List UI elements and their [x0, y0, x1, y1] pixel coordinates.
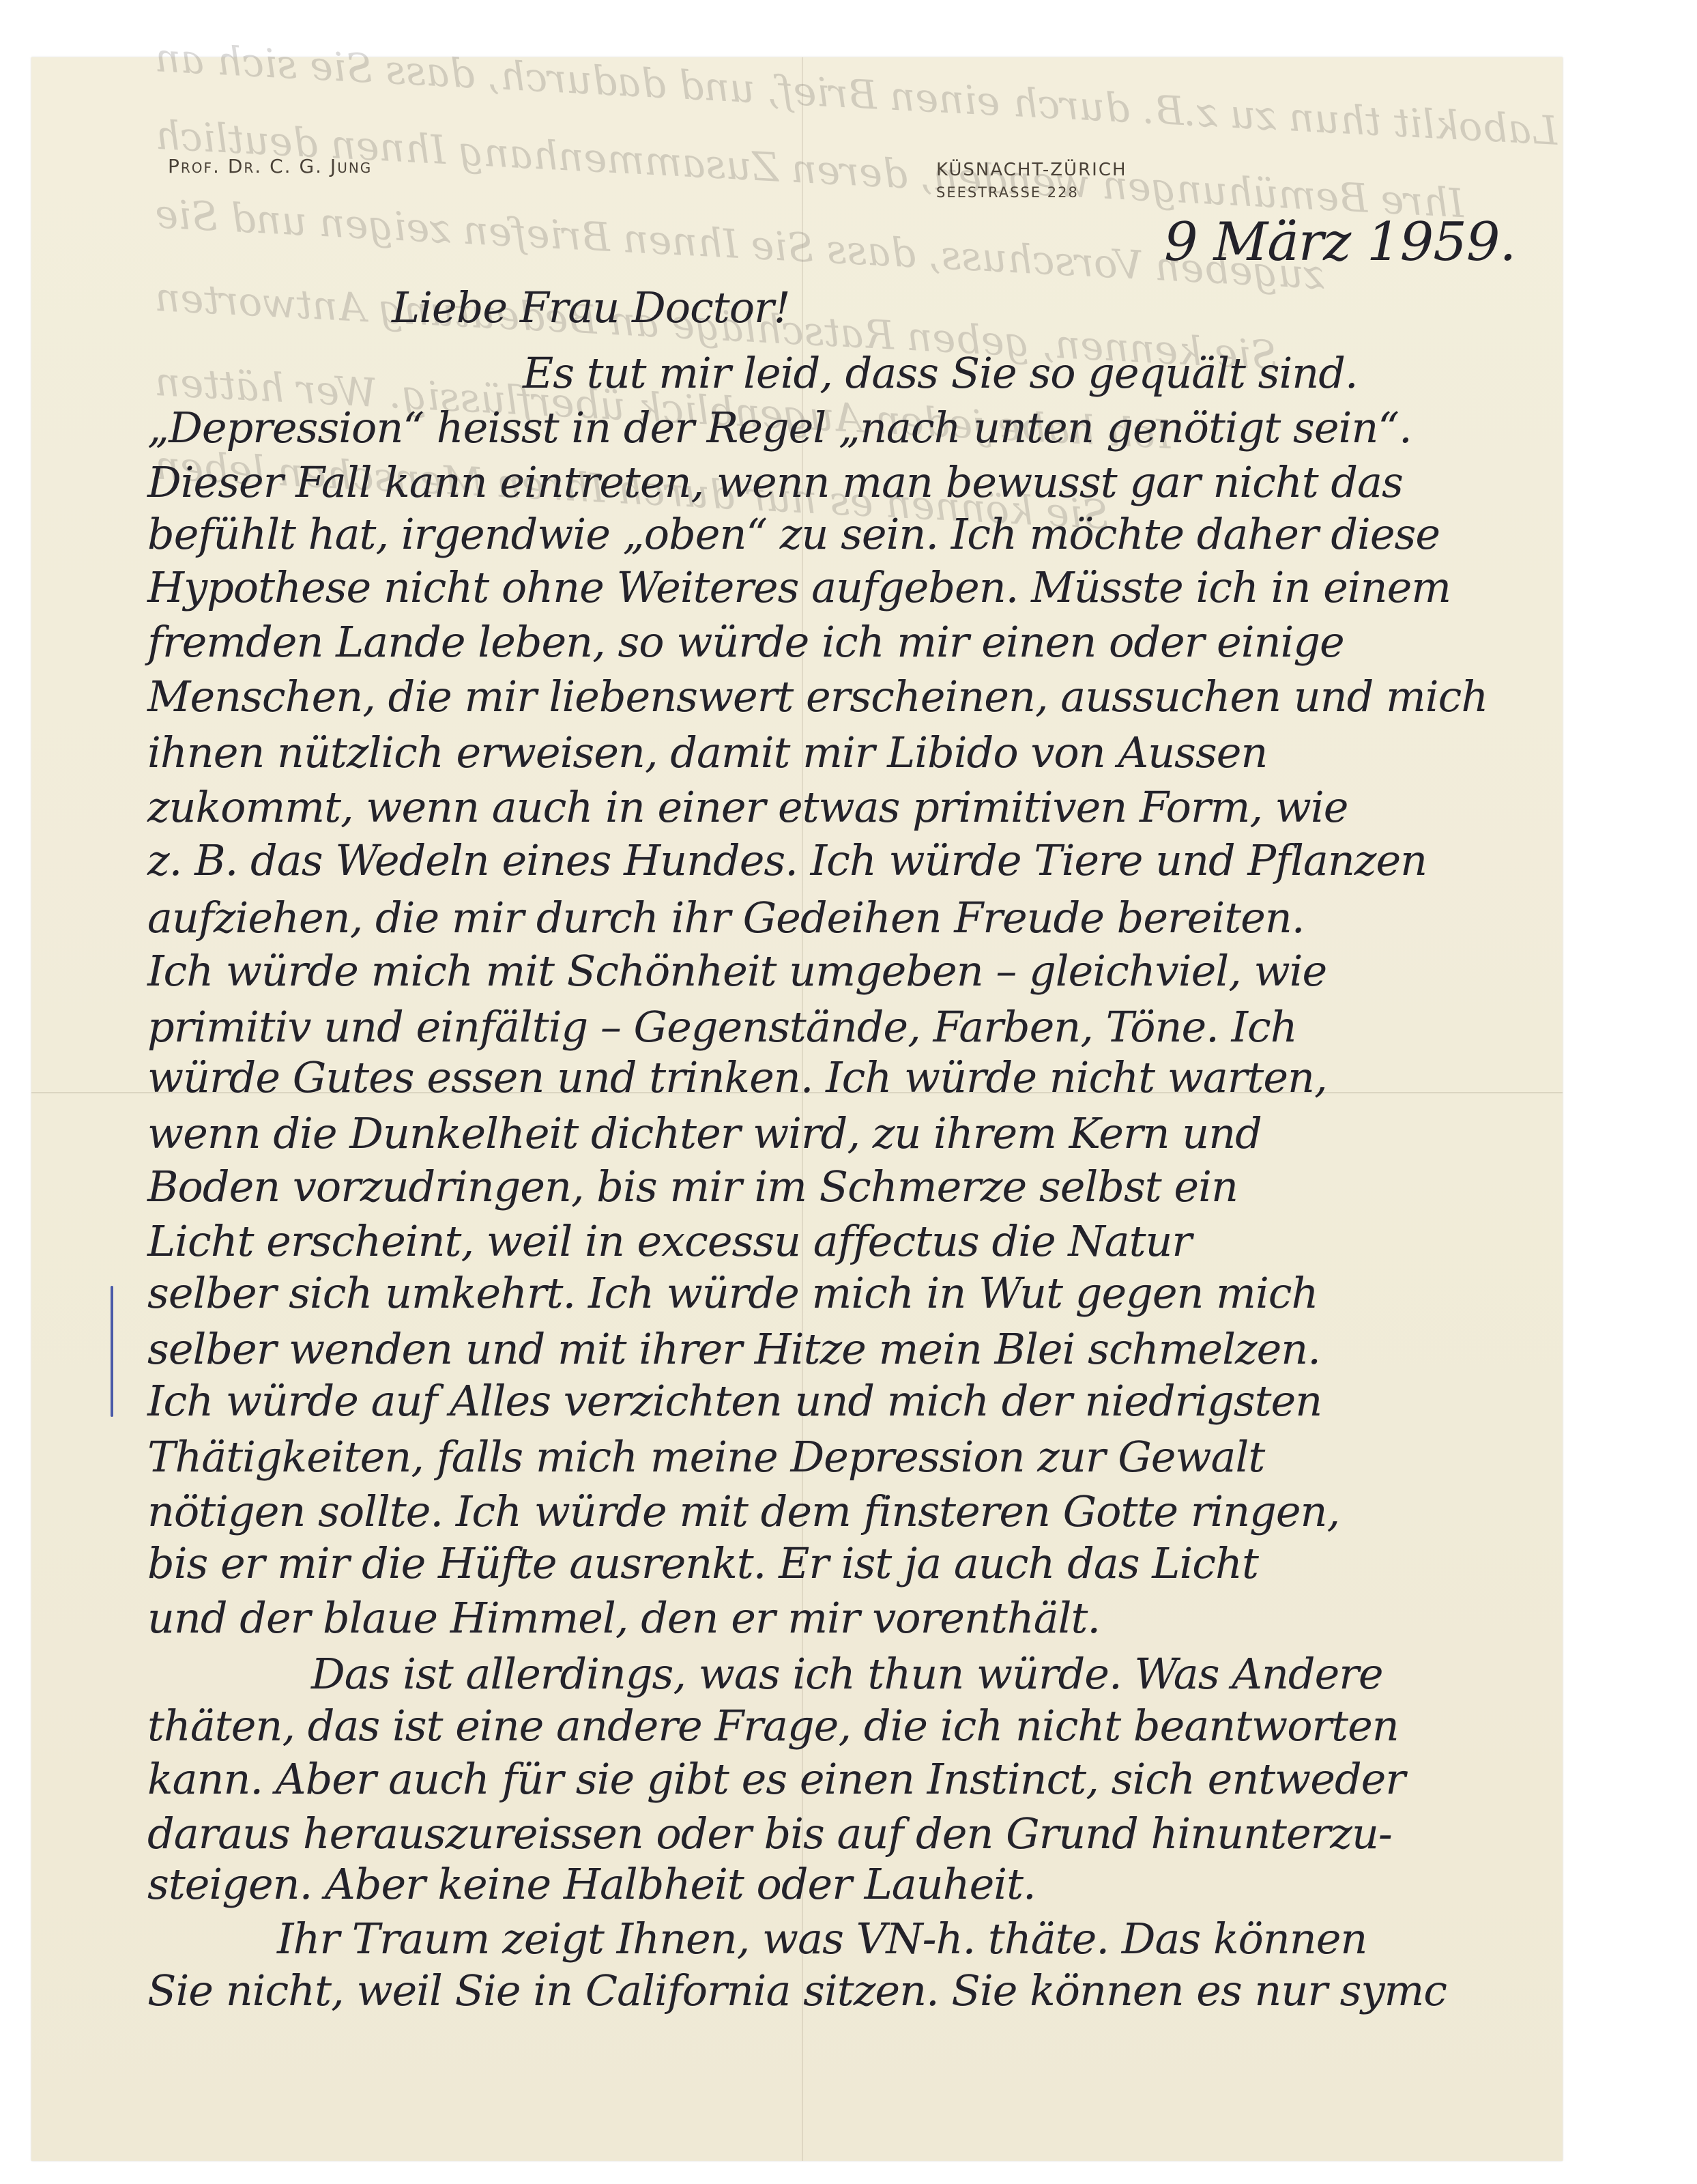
letter-date: 9 März 1959. — [1164, 212, 1515, 273]
letter-line: selber wenden und mit ihrer Hitze mein B… — [147, 1324, 1320, 1374]
letter-line: und der blaue Himmel, den er mir vorenth… — [147, 1593, 1100, 1643]
letter-line: aufziehen, die mir durch ihr Gedeihen Fr… — [147, 893, 1304, 943]
letter-line: thäten, das ist eine andere Frage, die i… — [147, 1701, 1399, 1751]
letter-line: kann. Aber auch für sie gibt es einen In… — [147, 1754, 1405, 1804]
letter-line: ihnen nützlich erweisen, damit mir Libid… — [147, 728, 1267, 777]
salutation: Liebe Frau Doctor! — [392, 283, 790, 332]
letter-line: Licht erscheint, weil in excessu affectu… — [147, 1216, 1191, 1266]
letter-line: befühlt hat, irgendwie „oben“ zu sein. I… — [147, 509, 1440, 559]
letter-line: nötigen sollte. Ich würde mit dem finste… — [147, 1486, 1339, 1536]
letter-line: Thätigkeiten, falls mich meine Depressio… — [147, 1432, 1264, 1482]
letter-line: Ich würde auf Alles verzichten und mich … — [147, 1376, 1322, 1426]
letter-line: z. B. das Wedeln eines Hundes. Ich würde… — [147, 835, 1427, 885]
letterhead-name: Prof. Dr. C. G. Jung — [168, 155, 372, 177]
letter-line: daraus herauszureissen oder bis auf den … — [147, 1809, 1392, 1858]
letter-line: Dieser Fall kann eintreten, wenn man bew… — [147, 457, 1403, 507]
letter-line: wenn die Dunkelheit dichter wird, zu ihr… — [147, 1108, 1262, 1158]
letter-line: Sie nicht, weil Sie in California sitzen… — [147, 1966, 1447, 2015]
letter-line: Hypothese nicht ohne Weiteres aufgeben. … — [147, 562, 1451, 612]
letter-line: primitiv und einfältig – Gegenstände, Fa… — [147, 1002, 1297, 1052]
letter-line: würde Gutes essen und trinken. Ich würde… — [147, 1052, 1327, 1102]
letter-line: Ihr Traum zeigt Ihnen, was VN-h. thäte. … — [277, 1914, 1367, 1964]
letter-line: fremden Lande leben, so würde ich mir ei… — [147, 617, 1344, 667]
letterhead-street: SEESTRASSE 228 — [936, 184, 1079, 201]
letter-page: Laboklit thun zu z.B. durch einen Brief,… — [31, 57, 1563, 2161]
letter-line: Boden vorzudringen, bis mir im Schmerze … — [147, 1162, 1238, 1211]
letter-line: bis er mir die Hüfte ausrenkt. Er ist ja… — [147, 1538, 1258, 1588]
letter-line: selber sich umkehrt. Ich würde mich in W… — [147, 1268, 1318, 1318]
letter-line: Das ist allerdings, was ich thun würde. … — [311, 1649, 1383, 1699]
letter-line: Ich würde mich mit Schönheit umgeben – g… — [147, 946, 1326, 996]
blue-margin-mark — [111, 1286, 113, 1417]
letter-line: zukommt, wenn auch in einer etwas primit… — [147, 782, 1348, 832]
letter-line: Es tut mir leid, dass Sie so gequält sin… — [523, 348, 1358, 398]
letter-line: steigen. Aber keine Halbheit oder Lauhei… — [147, 1859, 1036, 1909]
letterhead-city: KÜSNACHT-ZÜRICH — [936, 160, 1127, 180]
letter-line: Menschen, die mir liebenswert erscheinen… — [147, 672, 1488, 721]
letter-line: „Depression“ heisst in der Regel „nach u… — [147, 403, 1412, 452]
